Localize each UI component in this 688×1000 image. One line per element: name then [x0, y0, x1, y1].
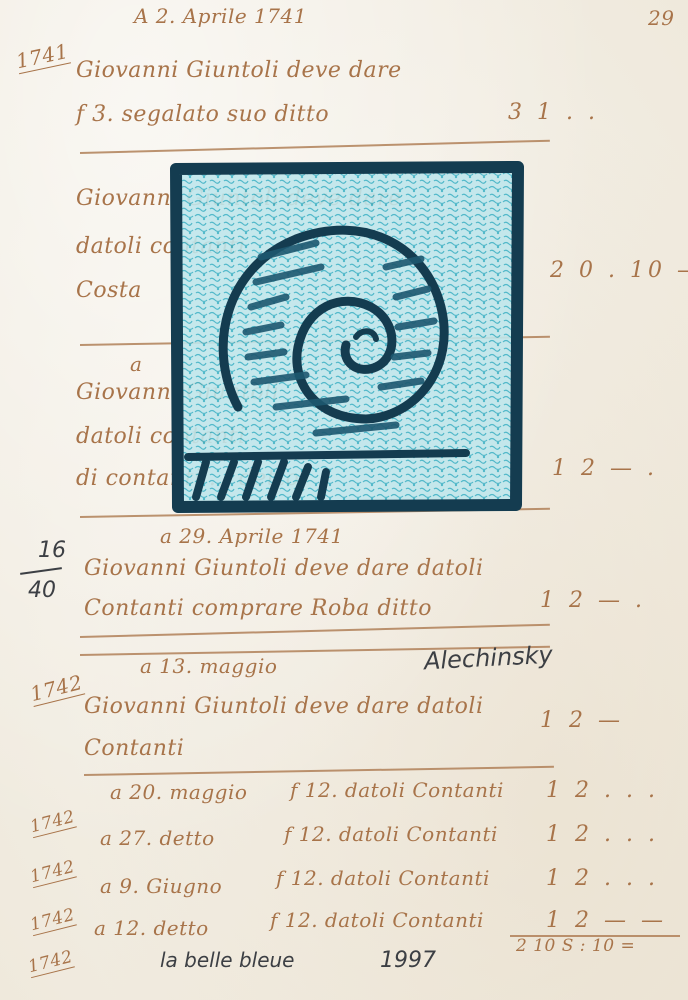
artwork-year: 1997	[380, 948, 436, 973]
entry-amount: 1 2 . . .	[546, 778, 659, 803]
entry-date: a 20. maggio	[110, 780, 247, 804]
page-number: 29	[648, 6, 674, 30]
entry-line: Contanti comprare Roba ditto	[84, 596, 432, 621]
entry-amount: 3 1 . .	[508, 100, 599, 125]
entry-amount: 2 0 . 10 —	[550, 258, 688, 283]
entry-date: a 27. detto	[100, 826, 215, 850]
ledger-total: 2 10 S : 10 =	[516, 936, 635, 956]
entry-date: a 13. maggio	[140, 654, 277, 678]
entry-amount: 1 2 — —	[546, 908, 667, 933]
entry-amount: 1 2 —	[540, 708, 624, 733]
entry-amount: 1 2 . . .	[546, 822, 659, 847]
entry-amount: 1 2 . . .	[546, 866, 659, 891]
entry-date: A 2. Aprile 1741	[134, 4, 307, 28]
edition-numerator: 16	[38, 538, 66, 563]
entry-amount: 1 2 — .	[552, 456, 658, 481]
entry-line: f 12. datoli Contanti	[290, 778, 504, 802]
entry-date: a 12. detto	[94, 916, 209, 940]
entry-date: a 29. Aprile 1741	[160, 524, 344, 548]
entry-line: f 3. segalato suo ditto	[76, 102, 329, 127]
entry-line: f 12. datoli Contanti	[284, 822, 498, 846]
entry-line: f 12. datoli Contanti	[270, 908, 484, 932]
entry-amount: 1 2 — .	[540, 588, 646, 613]
entry-line: Contanti	[84, 736, 184, 761]
entry-line: Giovanni Giuntoli deve dare datoli	[84, 556, 484, 581]
entry-line: Costa	[76, 278, 142, 303]
artwork-title: la belle bleue	[160, 948, 294, 972]
entry-date: a	[130, 352, 142, 376]
edition-denominator: 40	[28, 578, 56, 603]
entry-line: Giovanni Giuntoli deve dare	[76, 58, 402, 83]
entry-line: Giovanni Giuntoli deve dare datoli	[84, 694, 484, 719]
entry-date: a 9. Giugno	[100, 874, 222, 898]
entry-line: f 12. datoli Contanti	[276, 866, 490, 890]
spiral-lithograph	[166, 157, 528, 517]
